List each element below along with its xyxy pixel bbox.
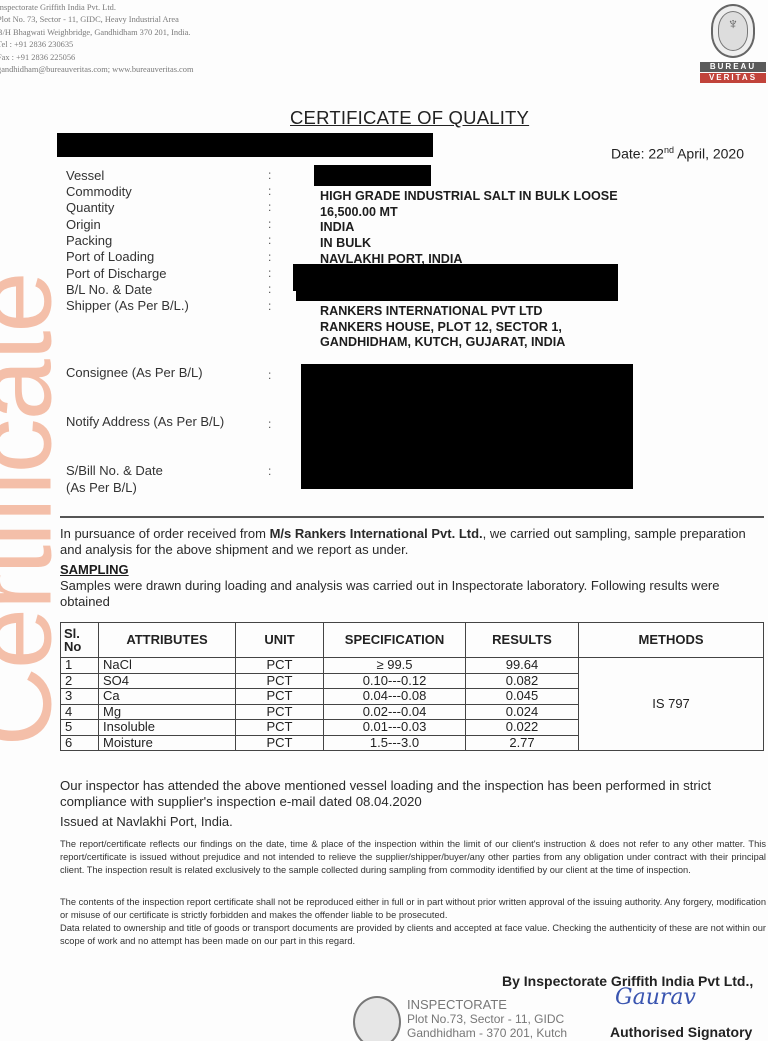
disclaimer-3: Data related to ownership and title of g… xyxy=(60,922,766,948)
colon: : xyxy=(268,282,271,296)
cell-spec: ≥ 99.5 xyxy=(324,658,466,674)
stamp-line: INSPECTORATE xyxy=(407,998,567,1012)
document-title: CERTIFICATE OF QUALITY xyxy=(290,107,529,129)
intro-paragraph: In pursuance of order received from M/s … xyxy=(60,526,764,558)
field-label-packing: Packing xyxy=(66,233,112,250)
colon: : xyxy=(268,250,271,264)
field-value-origin: INDIA xyxy=(320,220,354,236)
field-label-port-of-discharge: Port of Discharge xyxy=(66,266,166,283)
header-results: RESULTS xyxy=(466,623,579,658)
field-label-notify-address: Notify Address (As Per B/L) xyxy=(66,414,224,431)
cell-no: 1 xyxy=(61,658,99,674)
colon: : xyxy=(268,217,271,231)
cell-unit: PCT xyxy=(236,673,324,689)
cell-result: 0.082 xyxy=(466,673,579,689)
colon: : xyxy=(268,184,271,198)
cell-result: 2.77 xyxy=(466,735,579,751)
redacted-block xyxy=(57,133,433,157)
stamp-line: Gandhidham - 370 201, Kutch xyxy=(407,1026,567,1040)
issuer-line: Tel : +91 2836 230635 xyxy=(0,39,193,51)
compliance-statement: Our inspector has attended the above men… xyxy=(60,778,764,810)
header-methods: METHODS xyxy=(579,623,764,658)
cell-attribute: Ca xyxy=(99,689,236,705)
stamp-line: Plot No.73, Sector - 11, GIDC xyxy=(407,1012,567,1026)
cell-spec: 1.5---3.0 xyxy=(324,735,466,751)
cell-no: 4 xyxy=(61,704,99,720)
field-label-shipper: Shipper (As Per B/L.) xyxy=(66,298,189,315)
field-label-quantity: Quantity xyxy=(66,200,114,217)
table-header-row: Sl. No ATTRIBUTES UNIT SPECIFICATION RES… xyxy=(61,623,764,658)
signature: Gaurav xyxy=(615,985,696,1010)
document-date: Date: 22nd April, 2020 xyxy=(611,145,744,162)
logo-text-top: BUREAU xyxy=(700,62,766,72)
header-specification: SPECIFICATION xyxy=(324,623,466,658)
field-label-consignee: Consignee (As Per B/L) xyxy=(66,365,203,382)
field-value-packing: IN BULK xyxy=(320,236,371,252)
disclaimer-1: The report/certificate reflects our find… xyxy=(60,838,766,877)
cell-attribute: SO4 xyxy=(99,673,236,689)
cell-method: IS 797 xyxy=(579,658,764,751)
seal-icon: ♆ xyxy=(711,4,755,58)
section-divider xyxy=(60,516,764,518)
results-table: Sl. No ATTRIBUTES UNIT SPECIFICATION RES… xyxy=(60,622,764,751)
colon: : xyxy=(268,266,271,280)
issuer-line: Fax : +91 2836 225056 xyxy=(0,52,193,64)
colon: : xyxy=(268,417,271,431)
cell-unit: PCT xyxy=(236,735,324,751)
redacted-bl-no-date xyxy=(296,285,618,301)
cell-no: 5 xyxy=(61,720,99,736)
field-value-quantity: 16,500.00 MT xyxy=(320,205,398,221)
sampling-heading: SAMPLING xyxy=(60,562,129,577)
issuer-line: Plot No. 73, Sector - 11, GIDC, Heavy In… xyxy=(0,14,193,26)
redacted-consignee-notify-sbill xyxy=(301,364,633,489)
cell-spec: 0.01---0.03 xyxy=(324,720,466,736)
cell-unit: PCT xyxy=(236,689,324,705)
issued-at: Issued at Navlakhi Port, India. xyxy=(60,814,764,830)
cell-attribute: Moisture xyxy=(99,735,236,751)
cell-unit: PCT xyxy=(236,704,324,720)
table-row: 1 NaCl PCT ≥ 99.5 99.64 IS 797 xyxy=(61,658,764,674)
colon: : xyxy=(268,168,271,182)
cell-no: 6 xyxy=(61,735,99,751)
issuer-line: Inspectorate Griffith India Pvt. Ltd. xyxy=(0,2,193,14)
logo-text-bottom: VERITAS xyxy=(700,73,766,83)
sampling-text: Samples were drawn during loading and an… xyxy=(60,578,764,610)
header-sl-no: Sl. No xyxy=(61,623,99,658)
header-attributes: ATTRIBUTES xyxy=(99,623,236,658)
field-label-vessel: Vessel xyxy=(66,168,104,185)
cell-result: 0.024 xyxy=(466,704,579,720)
colon: : xyxy=(268,200,271,214)
cell-spec: 0.10---0.12 xyxy=(324,673,466,689)
field-label-commodity: Commodity xyxy=(66,184,132,201)
issuer-line: gandhidham@bureauveritas.com; www.bureau… xyxy=(0,64,193,76)
authorised-signatory-label: Authorised Signatory xyxy=(610,1024,752,1040)
cell-unit: PCT xyxy=(236,720,324,736)
bureau-veritas-logo: ♆ BUREAU VERITAS xyxy=(700,4,766,83)
stamp-seal-icon xyxy=(353,996,401,1041)
cell-unit: PCT xyxy=(236,658,324,674)
cell-spec: 0.02---0.04 xyxy=(324,704,466,720)
cell-spec: 0.04---0.08 xyxy=(324,689,466,705)
colon: : xyxy=(268,368,271,382)
colon: : xyxy=(268,464,271,478)
header-unit: UNIT xyxy=(236,623,324,658)
colon: : xyxy=(268,299,271,313)
cell-attribute: NaCl xyxy=(99,658,236,674)
field-label-port-of-loading: Port of Loading xyxy=(66,249,154,266)
cell-attribute: Insoluble xyxy=(99,720,236,736)
redacted-vessel xyxy=(314,165,431,186)
issuer-line: B/H Bhagwati Weighbridge, Gandhidham 370… xyxy=(0,27,193,39)
cell-result: 0.045 xyxy=(466,689,579,705)
field-value-shipper: RANKERS INTERNATIONAL PVT LTD RANKERS HO… xyxy=(320,304,565,351)
disclaimer-2: The contents of the inspection report ce… xyxy=(60,896,766,922)
company-stamp: INSPECTORATE Plot No.73, Sector - 11, GI… xyxy=(407,998,567,1040)
colon: : xyxy=(268,233,271,247)
cell-result: 0.022 xyxy=(466,720,579,736)
field-value-commodity: HIGH GRADE INDUSTRIAL SALT IN BULK LOOSE xyxy=(320,189,618,205)
field-label-sbill: S/Bill No. & Date (As Per B/L) xyxy=(66,463,163,496)
cell-no: 3 xyxy=(61,689,99,705)
field-label-origin: Origin xyxy=(66,217,101,234)
cell-no: 2 xyxy=(61,673,99,689)
issuer-address-block: Inspectorate Griffith India Pvt. Ltd. Pl… xyxy=(0,2,193,76)
field-label-bl-no-date: B/L No. & Date xyxy=(66,282,152,299)
cell-attribute: Mg xyxy=(99,704,236,720)
cell-result: 99.64 xyxy=(466,658,579,674)
